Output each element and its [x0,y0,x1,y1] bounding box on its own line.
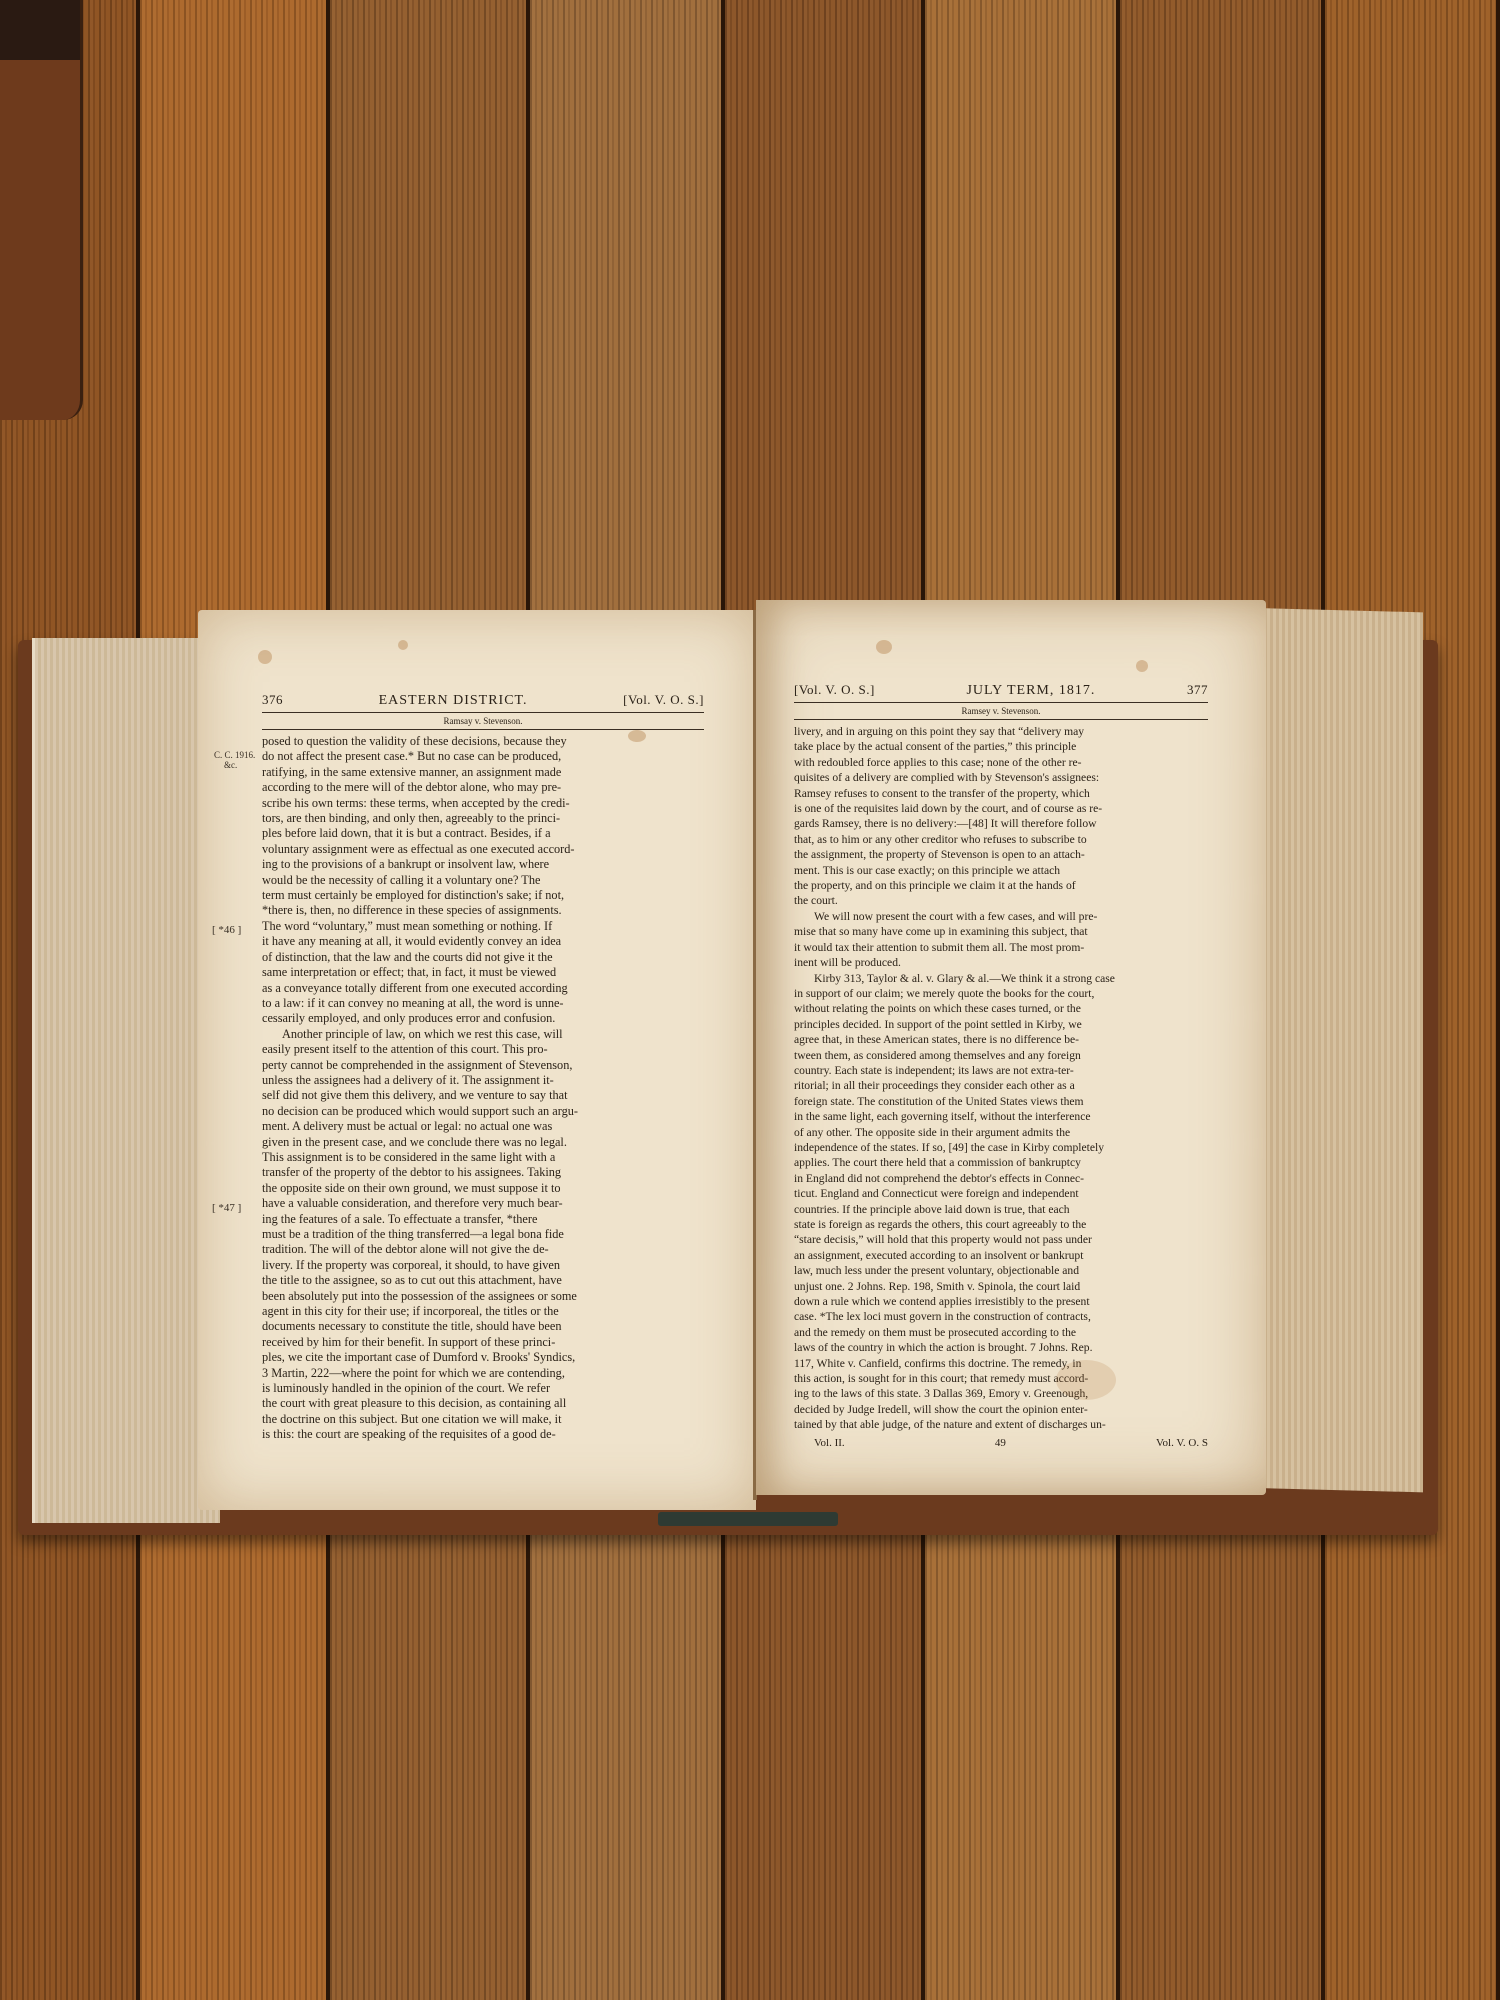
text-line: of any other. The opposite side in their… [794,1125,1208,1140]
text-line: case. *The lex loci must govern in the c… [794,1309,1208,1324]
text-line: decided by Judge Iredell, will show the … [794,1402,1208,1417]
page-footer: Vol. II. 49 Vol. V. O. S [794,1437,1208,1449]
text-line: livery, and in arguing on this point the… [794,724,1208,739]
spine-binding-strip [658,1512,838,1526]
right-running-head: [Vol. V. O. S.] JULY TERM, 1817. 377 [794,682,1208,699]
text-line: is this: the court are speaking of the r… [262,1427,704,1442]
text-line: applies. The court there held that a com… [794,1155,1208,1170]
left-running-head: 376 EASTERN DISTRICT. [Vol. V. O. S.] [262,692,704,709]
text-line: inent will be produced. [794,955,1208,970]
text-line: the title to the assignee, so as to cut … [262,1273,704,1288]
text-line: law, much less under the present volunta… [794,1263,1208,1278]
text-line: laws of the country in which the action … [794,1340,1208,1355]
right-page-body: livery, and in arguing on this point the… [794,724,1208,1433]
text-line: state is foreign as regards the others, … [794,1217,1208,1232]
text-line: same interpretation or effect; that, in … [262,965,704,980]
text-line: it would tax their attention to submit t… [794,940,1208,955]
text-line: tained by that able judge, of the nature… [794,1417,1208,1432]
text-line: ples before laid down, that it is but a … [262,826,704,841]
text-line: received by him for their benefit. In su… [262,1335,704,1350]
text-line: unless the assignees had a delivery of i… [262,1073,704,1088]
text-line: cessarily employed, and only produces er… [262,1011,704,1026]
text-line: the opposite side on their own ground, w… [262,1181,704,1196]
text-line: given in the present case, and we conclu… [262,1135,704,1150]
text-line: independence of the states. If so, [49] … [794,1140,1208,1155]
text-line: it have any meaning at all, it would evi… [262,934,704,949]
signature-mark: 49 [995,1437,1006,1449]
text-line: is one of the requisites laid down by th… [794,801,1208,816]
running-head-title: EASTERN DISTRICT. [379,693,528,709]
text-line: “stare decisis,” will hold that this pro… [794,1232,1208,1247]
page-number: 377 [1187,682,1208,698]
left-page-body: posed to question the validity of these … [262,734,704,1443]
text-line: This assignment is to be considered in t… [262,1150,704,1165]
text-line: mise that so many have come up in examin… [794,924,1208,939]
text-line: tween them, as considered among themselv… [794,1048,1208,1063]
text-line: in the same light, each governing itself… [794,1109,1208,1124]
text-line: the court with great pleasure to this de… [262,1396,704,1411]
text-line: gards Ramsey, there is no delivery:—[48]… [794,816,1208,831]
text-line: and the remedy on them must be prosecute… [794,1325,1208,1340]
text-line: *there is, then, no difference in these … [262,903,704,918]
case-title: Ramsey v. Stevenson. [794,706,1208,716]
text-line: Kirby 313, Taylor & al. v. Glary & al.—W… [794,971,1208,986]
text-line: this action, is sought for in this court… [794,1371,1208,1386]
text-line: tors, are then binding, and only then, a… [262,811,704,826]
text-line: the assignment, the property of Stevenso… [794,847,1208,862]
text-line: ing to the provisions of a bankrupt or i… [262,857,704,872]
text-line: of distinction, that the law and the cou… [262,950,704,965]
text-line: must be a tradition of the thing transfe… [262,1227,704,1242]
text-line: We will now present the court with a few… [794,909,1208,924]
margin-citation: C. C. 1916. &c. [214,750,255,770]
text-line: principles decided. In support of the po… [794,1017,1208,1032]
volume-label: [Vol. V. O. S.] [794,682,875,698]
left-page: 376 EASTERN DISTRICT. [Vol. V. O. S.] Ra… [198,610,756,1510]
text-line: countries. If the principle above laid d… [794,1202,1208,1217]
text-line: according to the mere will of the debtor… [262,780,704,795]
text-line: have a valuable consideration, and there… [262,1196,704,1211]
text-line: the doctrine on this subject. But one ci… [262,1412,704,1427]
text-line: down a rule which we contend applies irr… [794,1294,1208,1309]
text-line: without relating the points on which the… [794,1001,1208,1016]
footer-left: Vol. II. [794,1437,845,1449]
right-page: [Vol. V. O. S.] JULY TERM, 1817. 377 Ram… [756,600,1266,1495]
case-title: Ramsay v. Stevenson. [262,716,704,726]
text-line: ritorial; in all their proceedings they … [794,1078,1208,1093]
text-line: as a conveyance totally different from o… [262,981,704,996]
text-line: take place by the actual consent of the … [794,739,1208,754]
text-line: that, as to him or any other creditor wh… [794,832,1208,847]
text-line: ing to the laws of this state. 3 Dallas … [794,1386,1208,1401]
text-line: Ramsey refuses to consent to the transfe… [794,786,1208,801]
text-line: is luminously handled in the opinion of … [262,1381,704,1396]
open-book: 376 EASTERN DISTRICT. [Vol. V. O. S.] Ra… [18,600,1438,1535]
text-line: livery. If the property was corporeal, i… [262,1258,704,1273]
page-number: 376 [262,692,283,708]
text-line: Another principle of law, on which we re… [262,1027,704,1042]
text-line: ratifying, in the same extensive manner,… [262,765,704,780]
text-line: perty cannot be comprehended in the assi… [262,1058,704,1073]
text-line: 117, White v. Canfield, confirms this do… [794,1356,1208,1371]
text-line: term must certainly be employed for dist… [262,888,704,903]
text-line: ples, we cite the important case of Dumf… [262,1350,704,1365]
text-line: with redoubled force applies to this cas… [794,755,1208,770]
text-line: The word “voluntary,” must mean somethin… [262,919,704,934]
text-line: 3 Martin, 222—where the point for which … [262,1366,704,1381]
text-line: quisites of a delivery are complied with… [794,770,1208,785]
text-line: country. Each state is independent; its … [794,1063,1208,1078]
text-line: been absolutely put into the possession … [262,1289,704,1304]
text-line: agree that, in these American states, th… [794,1032,1208,1047]
text-line: transfer of the property of the debtor t… [262,1165,704,1180]
text-line: no decision can be produced which would … [262,1104,704,1119]
text-line: ing the features of a sale. To effectuat… [262,1212,704,1227]
text-line: voluntary assignment were as effectual a… [262,842,704,857]
text-line: scribe his own terms: these terms, when … [262,796,704,811]
text-line: foreign state. The constitution of the U… [794,1094,1208,1109]
header-rule [794,719,1208,720]
text-line: do not affect the present case.* But no … [262,749,704,764]
text-line: ticut. England and Connecticut were fore… [794,1186,1208,1201]
leather-object-corner [0,0,83,420]
text-line: in England did not comprehend the debtor… [794,1171,1208,1186]
header-rule [262,712,704,713]
page-block-right [1243,608,1423,1493]
text-line: ment. A delivery must be actual or legal… [262,1119,704,1134]
text-line: would be the necessity of calling it a v… [262,873,704,888]
page-block-left [32,638,220,1523]
text-line: an assignment, executed according to an … [794,1248,1208,1263]
text-line: to a law: if it can convey no meaning at… [262,996,704,1011]
text-line: tradition. The will of the debtor alone … [262,1242,704,1257]
margin-citation-sub: &c. [214,760,237,770]
text-line: in support of our claim; we merely quote… [794,986,1208,1001]
text-line: the court. [794,893,1208,908]
margin-citation-text: C. C. 1916. [214,750,255,760]
text-line: the property, and on this principle we c… [794,878,1208,893]
running-head-title: JULY TERM, 1817. [966,683,1095,699]
text-line: ment. This is our case exactly; on this … [794,863,1208,878]
volume-label: [Vol. V. O. S.] [623,692,704,708]
text-line: documents necessary to constitute the ti… [262,1319,704,1334]
text-line: unjust one. 2 Johns. Rep. 198, Smith v. … [794,1279,1208,1294]
text-line: self did not give them this delivery, an… [262,1088,704,1103]
text-line: agent in this city for their use; if inc… [262,1304,704,1319]
star-page-47: [ *47 ] [212,1202,241,1214]
footer-right: Vol. V. O. S [1156,1437,1208,1449]
text-line: easily present itself to the attention o… [262,1042,704,1057]
star-page-46: [ *46 ] [212,924,241,936]
header-rule [794,702,1208,703]
